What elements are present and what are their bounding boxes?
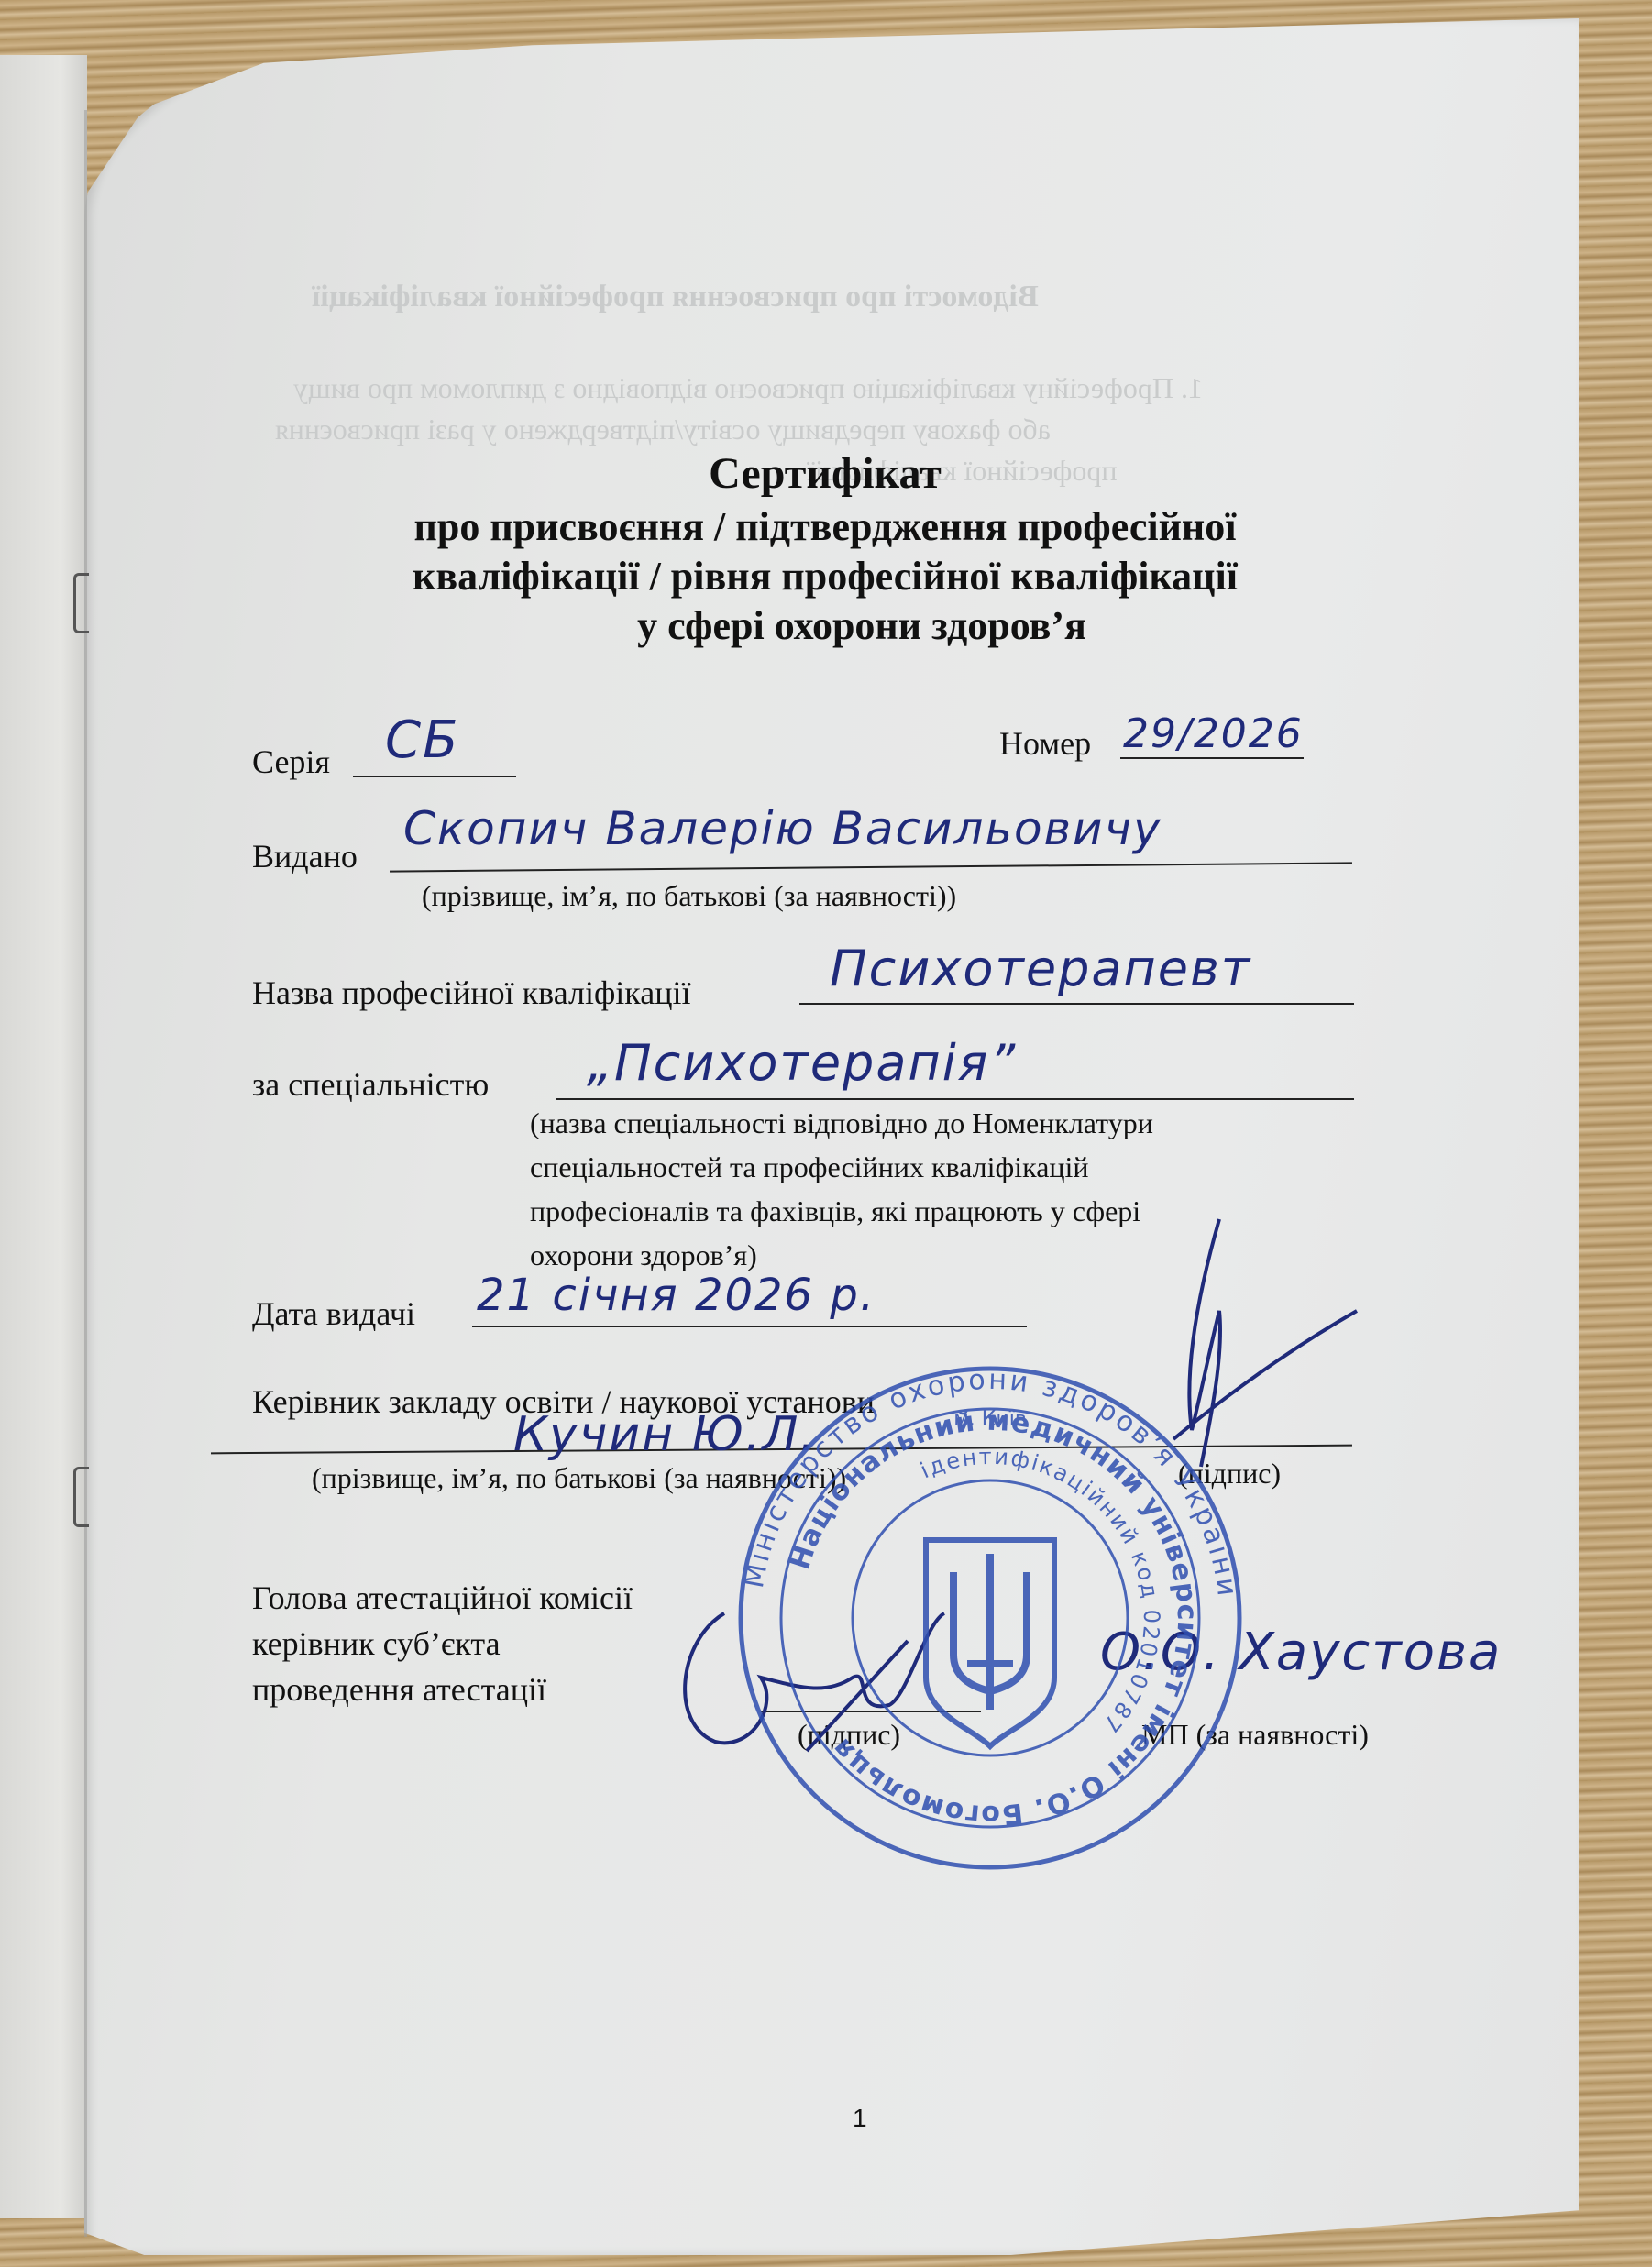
issued-to-underline — [390, 862, 1352, 872]
certificate-content: Сертифікат про присвоєння / підтвердженн… — [0, 0, 1652, 2267]
issued-to-value: Скопич Валерію Васильовичу — [403, 802, 1162, 855]
specialty-hint-line: (назва спеціальності відповідно до Номен… — [530, 1103, 1153, 1143]
stamp-city: м. Київ — [953, 1408, 1027, 1431]
qualification-label: Назва професійної кваліфікації — [252, 974, 690, 1012]
issued-to-hint: (прізвище, ім’я, по батькові (за наявнос… — [422, 875, 956, 916]
page-number: 1 — [853, 2104, 867, 2133]
trident-emblem-icon — [926, 1540, 1054, 1746]
specialty-hint-line: професіоналів та фахівців, які працюють … — [530, 1191, 1140, 1231]
issue-date-label: Дата видачі — [252, 1294, 415, 1333]
qualification-value: Психотерапевт — [830, 940, 1251, 997]
commission-label-line: Голова атестаційної комісії — [252, 1579, 633, 1617]
commission-label-line: керівник суб’єкта — [252, 1624, 501, 1663]
issue-date-value: 21 січня 2026 р. — [477, 1270, 876, 1321]
commission-label-line: проведення атестації — [252, 1670, 546, 1709]
certificate-subtitle-line: кваліфікації / рівня професійної кваліфі… — [275, 552, 1375, 601]
number-value: 29/2026 — [1123, 710, 1304, 757]
specialty-label: за спеціальністю — [252, 1065, 489, 1104]
series-value: СБ — [385, 710, 460, 770]
issue-date-underline — [472, 1326, 1027, 1327]
series-underline — [353, 776, 516, 777]
certificate-subtitle-line: про присвоєння / підтвердження професійн… — [275, 502, 1375, 552]
issued-to-label: Видано — [252, 837, 358, 875]
certificate-title: Сертифікат — [275, 449, 1375, 499]
specialty-hint-line: спеціальностей та професійних кваліфікац… — [530, 1147, 1089, 1187]
specialty-value: „Психотерапія” — [587, 1034, 1017, 1092]
series-label: Серія — [252, 743, 330, 781]
number-underline — [1120, 757, 1304, 759]
certificate-subtitle-line: у сфері охорони здоров’я — [312, 601, 1412, 651]
official-stamp: Міністерство охорони здоров’я України На… — [733, 1361, 1247, 1875]
number-label: Номер — [999, 724, 1091, 763]
qualification-underline — [799, 1003, 1354, 1005]
specialty-underline — [556, 1098, 1354, 1100]
